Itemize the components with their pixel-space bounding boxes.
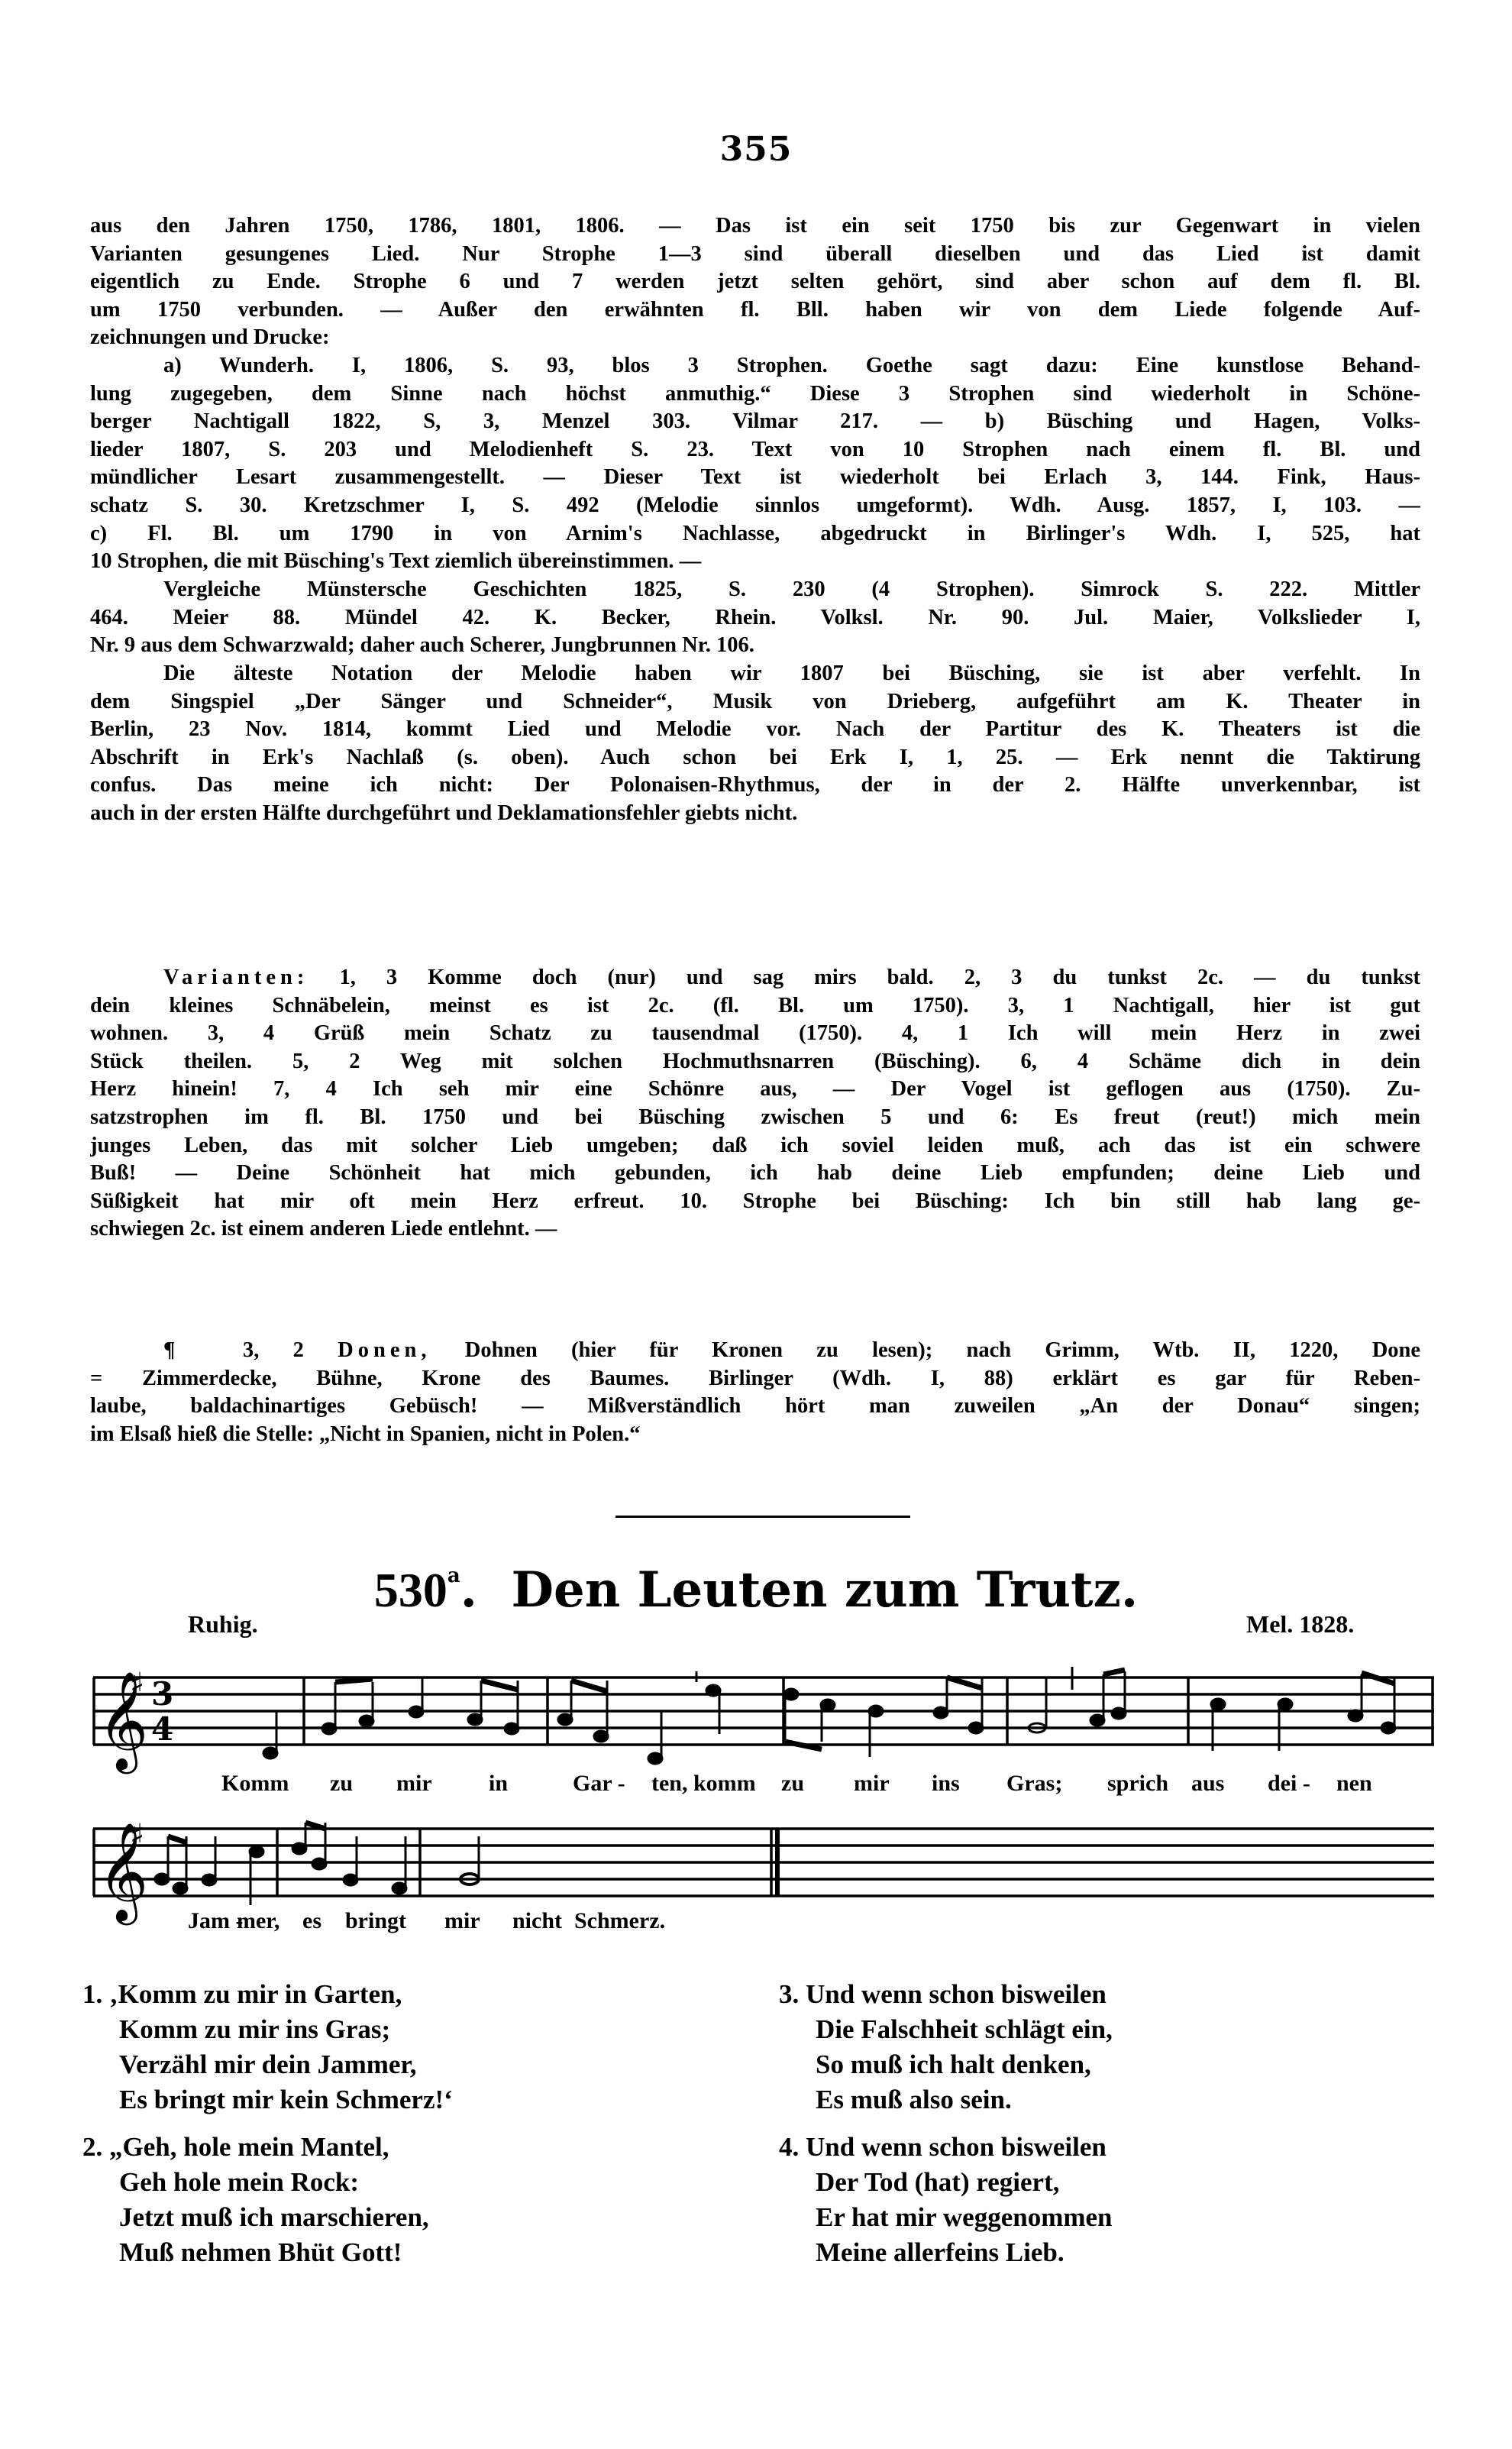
lyric-syllable: mer, — [237, 1908, 279, 1934]
svg-text:4: 4 — [151, 1710, 173, 1748]
svg-text:3: 3 — [151, 1675, 173, 1713]
lyric-syllable: zu — [330, 1771, 353, 1797]
lyric-syllable: ins — [932, 1771, 960, 1797]
svg-text:♯: ♯ — [130, 1818, 144, 1853]
lyric-syllable: sprich — [1107, 1771, 1168, 1797]
lyric-syllable: bringt — [345, 1908, 406, 1934]
staff-2 — [93, 1829, 1434, 1896]
svg-text:♯: ♯ — [130, 1667, 144, 1702]
verse-3: 3. Und wenn schon bisweilen Die Falschhe… — [779, 1977, 1113, 2117]
verse-number: 4. — [779, 2132, 799, 2162]
lyric-syllable: aus — [1191, 1771, 1224, 1797]
lyric-syllable: zu — [781, 1771, 804, 1797]
lyric-syllable: mir — [444, 1908, 480, 1934]
treble-clef-icon: 𝄞 𝄞 — [98, 1671, 148, 1926]
time-signature: 3 4 — [151, 1675, 173, 1748]
verse-2: 2. „Geh, hole mein Mantel, Geh hole mein… — [82, 2130, 429, 2270]
lyric-syllable: in — [489, 1771, 508, 1797]
lyric-syllable: Gar - — [573, 1771, 625, 1797]
lyric-syllable: mir — [854, 1771, 890, 1797]
lyric-syllable: ten, komm — [651, 1771, 756, 1797]
lyric-syllable: dei - — [1268, 1771, 1310, 1797]
verse-number: 1. — [82, 1979, 102, 2009]
lyric-syllable: Schmerz. — [574, 1908, 665, 1934]
lyric-syllable: mir — [396, 1771, 432, 1797]
lyric-syllable: Gras; — [1006, 1771, 1062, 1797]
staff-2-notes — [155, 1823, 479, 1905]
verse-4: 4. Und wenn schon bisweilen Der Tod (hat… — [779, 2130, 1113, 2270]
lyric-syllable: Komm — [221, 1771, 289, 1797]
lyric-syllable: nicht — [512, 1908, 562, 1934]
lyric-syllable: es — [302, 1908, 321, 1934]
staff-1 — [93, 1677, 1434, 1745]
verse-number: 2. — [82, 2132, 102, 2162]
lyric-syllable: Jam - — [188, 1908, 243, 1934]
music-score: 𝄞 𝄞 ♯ ♯ 3 4 — [0, 0, 1512, 1956]
verse-number: 3. — [779, 1979, 799, 2009]
lyric-syllable: nen — [1336, 1771, 1372, 1797]
verse-1: 1. ‚Komm zu mir in Garten, Komm zu mir i… — [82, 1977, 453, 2117]
staff-1-notes — [263, 1667, 1395, 1764]
